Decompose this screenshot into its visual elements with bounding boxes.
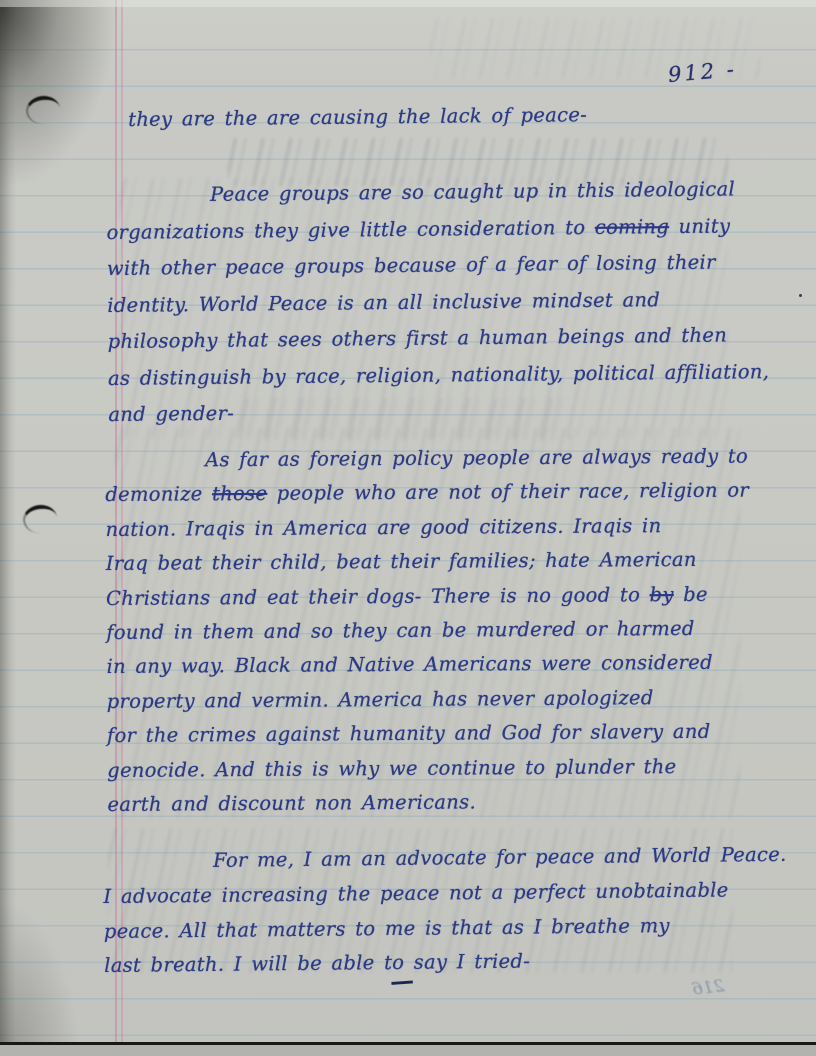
ink-dot (799, 294, 802, 297)
handwritten-line: found in them and so they can be murdere… (106, 616, 750, 655)
handwritten-line: last breath. I will be able to say I tri… (104, 947, 788, 989)
handwritten-text: last breath. I will be able to say I tri… (104, 950, 530, 977)
handwritten-text: property and vermin. America has never a… (107, 686, 654, 713)
handwritten-text: they are the are causing the lack of pea… (128, 103, 587, 131)
handwritten-line: demonize those people who are not of the… (105, 479, 749, 518)
handwritten-paragraph: For me, I am an advocate for peace and W… (103, 843, 788, 989)
handwritten-line: they are the are causing the lack of pea… (128, 103, 587, 145)
handwritten-text: people who are not of their race, religi… (267, 479, 749, 505)
handwritten-paragraph: As far as foreign policy people are alwa… (105, 445, 751, 828)
handwritten-line: in any way. Black and Native Americans w… (106, 651, 750, 690)
handwritten-line: for the crimes against humanity and God … (107, 720, 751, 759)
handwritten-text: peace. All that matters to me is that as… (104, 914, 670, 943)
handwritten-text: organizations they give little considera… (106, 215, 595, 243)
handwritten-text: As far as foreign policy people are alwa… (205, 445, 748, 472)
scanned-notebook-page: 912 - they are the are causing the lack … (0, 0, 816, 1056)
bleed-through-page-number: 216 (691, 976, 726, 1000)
handwritten-text: earth and discount non Americans. (107, 790, 476, 816)
handwritten-text: be (674, 582, 708, 605)
handwritten-line: Iraq beat their child, beat their famili… (106, 548, 750, 587)
handwritten-text: genocide. And this is why we continue to… (107, 755, 676, 782)
struck-out-word: by (650, 583, 674, 606)
handwritten-text: unity (669, 214, 730, 238)
handwritten-text: demonize (105, 483, 212, 507)
handwritten-text: Iraq beat their child, beat their famili… (106, 548, 697, 575)
handwritten-line: As far as foreign policy people are alwa… (105, 445, 749, 484)
corner-shadow (0, 900, 80, 1056)
page-edge-highlight (0, 0, 816, 7)
handwritten-line: genocide. And this is why we continue to… (107, 754, 751, 793)
corner-shadow (0, 0, 120, 190)
handwritten-text: Peace groups are so caught up in this id… (210, 177, 735, 205)
handwritten-text: identity. World Peace is an all inclusiv… (107, 288, 660, 317)
struck-out-word: coming (595, 215, 669, 239)
handwritten-text: For me, I am an advocate for peace and W… (213, 843, 787, 872)
handwritten-text: and gender- (108, 402, 234, 426)
handwritten-line: nation. Iraqis in America are good citiz… (105, 513, 749, 552)
handwritten-line: property and vermin. America has never a… (107, 685, 751, 724)
handwritten-text: for the crimes against humanity and God … (107, 720, 711, 747)
handwritten-line: Christians and eat their dogs- There is … (106, 582, 750, 621)
end-of-text-dash: — (389, 965, 415, 996)
handwritten-paragraph: Peace groups are so caught up in this id… (106, 177, 770, 439)
handwritten-text: Christians and eat their dogs- There is … (106, 583, 650, 610)
scan-edge-strip (0, 1045, 816, 1056)
handwritten-paragraph: they are the are causing the lack of pea… (128, 103, 587, 145)
handwritten-line: earth and discount non Americans. (107, 788, 751, 827)
handwritten-text: found in them and so they can be murdere… (106, 617, 695, 644)
handwritten-text: nation. Iraqis in America are good citiz… (105, 514, 661, 541)
handwritten-line: and gender- (108, 396, 770, 439)
struck-out-word: those (212, 482, 267, 505)
handwritten-text: in any way. Black and Native Americans w… (106, 651, 713, 678)
